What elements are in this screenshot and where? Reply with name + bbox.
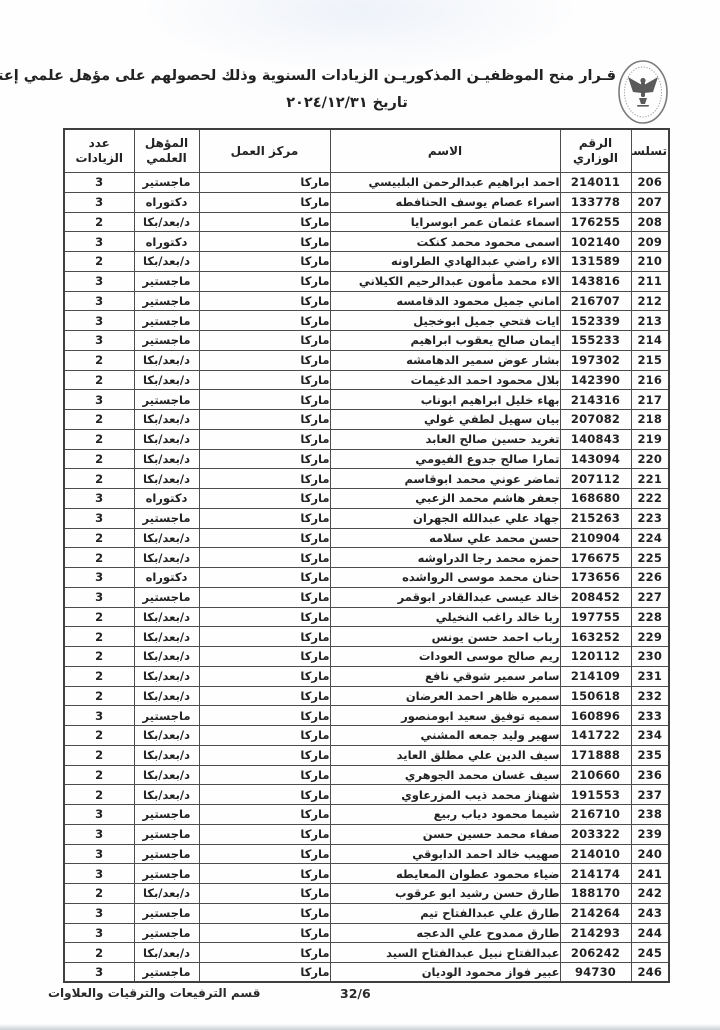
cell-qualification: د/بعد/بكا bbox=[134, 726, 199, 746]
cell-work-center: ماركا bbox=[199, 489, 330, 509]
cell-ministry-number: 216710 bbox=[560, 805, 631, 825]
cell-ministry-number: 214010 bbox=[560, 844, 631, 864]
cell-serial: 207 bbox=[631, 192, 669, 212]
cell-serial: 208 bbox=[631, 212, 669, 232]
cell-ministry-number: 131589 bbox=[560, 252, 631, 272]
cell-work-center: ماركا bbox=[199, 864, 330, 884]
cell-qualification: ماجستير bbox=[134, 844, 199, 864]
cell-serial: 246 bbox=[631, 963, 669, 983]
cell-name: الاء راضي عبدالهادي الطراونه bbox=[330, 252, 560, 272]
cell-increments: 2 bbox=[64, 212, 134, 232]
cell-work-center: ماركا bbox=[199, 785, 330, 805]
table-row: 232 150618 سميره ظاهر احمد العرضان ماركا… bbox=[64, 686, 669, 706]
cell-name: ايات فتحي جميل ابوخجيل bbox=[330, 311, 560, 331]
eagle-seal-icon bbox=[616, 58, 670, 126]
cell-qualification: د/بعد/بكا bbox=[134, 410, 199, 430]
cell-qualification: ماجستير bbox=[134, 706, 199, 726]
footer-department: قسم الترفيعات والترقيات والعلاوات bbox=[48, 986, 260, 1000]
cell-serial: 222 bbox=[631, 489, 669, 509]
cell-name: اسراء عصام يوسف الحنافطه bbox=[330, 192, 560, 212]
cell-name: تمارا صالح جدوع الفيومي bbox=[330, 449, 560, 469]
cell-qualification: دكتوراه bbox=[134, 232, 199, 252]
cell-increments: 2 bbox=[64, 410, 134, 430]
cell-serial: 232 bbox=[631, 686, 669, 706]
cell-name: طارق حسن رشيد ابو عرقوب bbox=[330, 884, 560, 904]
cell-work-center: ماركا bbox=[199, 370, 330, 390]
cell-name: سيف الدين علي مطلق العايد bbox=[330, 745, 560, 765]
cell-qualification: ماجستير bbox=[134, 963, 199, 983]
cell-name: تماضر عوني محمد ابوقاسم bbox=[330, 469, 560, 489]
table-row: 216 142390 بلال محمود احمد الدغيمات مارك… bbox=[64, 370, 669, 390]
cell-qualification: د/بعد/بكا bbox=[134, 469, 199, 489]
cell-qualification: ماجستير bbox=[134, 271, 199, 291]
cell-serial: 226 bbox=[631, 568, 669, 588]
cell-increments: 2 bbox=[64, 350, 134, 370]
cell-ministry-number: 210660 bbox=[560, 765, 631, 785]
cell-work-center: ماركا bbox=[199, 449, 330, 469]
cell-work-center: ماركا bbox=[199, 607, 330, 627]
cell-serial: 216 bbox=[631, 370, 669, 390]
table-row: 219 140843 تغريد حسين صالح العابد ماركا … bbox=[64, 429, 669, 449]
cell-name: بشار عوض سمير الدهامشه bbox=[330, 350, 560, 370]
cell-increments: 2 bbox=[64, 528, 134, 548]
cell-ministry-number: 214316 bbox=[560, 390, 631, 410]
cell-qualification: ماجستير bbox=[134, 587, 199, 607]
cell-increments: 2 bbox=[64, 647, 134, 667]
table-row: 238 216710 شيما محمود دياب ربيع ماركا ما… bbox=[64, 805, 669, 825]
cell-increments: 3 bbox=[64, 903, 134, 923]
cell-increments: 2 bbox=[64, 252, 134, 272]
cell-increments: 3 bbox=[64, 331, 134, 351]
cell-serial: 235 bbox=[631, 745, 669, 765]
cell-work-center: ماركا bbox=[199, 548, 330, 568]
cell-ministry-number: 160896 bbox=[560, 706, 631, 726]
cell-work-center: ماركا bbox=[199, 331, 330, 351]
table-row: 210 131589 الاء راضي عبدالهادي الطراونه … bbox=[64, 252, 669, 272]
cell-work-center: ماركا bbox=[199, 271, 330, 291]
cell-work-center: ماركا bbox=[199, 844, 330, 864]
cell-work-center: ماركا bbox=[199, 192, 330, 212]
cell-qualification: ماجستير bbox=[134, 311, 199, 331]
cell-ministry-number: 150618 bbox=[560, 686, 631, 706]
cell-serial: 219 bbox=[631, 429, 669, 449]
cell-name: شهناز محمد ذيب المزرعاوي bbox=[330, 785, 560, 805]
cell-work-center: ماركا bbox=[199, 647, 330, 667]
cell-increments: 3 bbox=[64, 192, 134, 212]
cell-qualification: د/بعد/بكا bbox=[134, 785, 199, 805]
header-qualification: المؤهل العلمي bbox=[134, 129, 199, 173]
cell-ministry-number: 197755 bbox=[560, 607, 631, 627]
table-row: 230 120112 ريم صالح موسى العودات ماركا د… bbox=[64, 647, 669, 667]
table-row: 242 188170 طارق حسن رشيد ابو عرقوب ماركا… bbox=[64, 884, 669, 904]
cell-increments: 2 bbox=[64, 785, 134, 805]
table-header: تسلسل الرقم الوزاري الاسم مركز العمل الم… bbox=[64, 129, 669, 173]
cell-increments: 2 bbox=[64, 686, 134, 706]
cell-name: اسمى محمود محمد كنكت bbox=[330, 232, 560, 252]
scan-edge-shadow bbox=[0, 1024, 720, 1030]
cell-ministry-number: 143816 bbox=[560, 271, 631, 291]
cell-increments: 3 bbox=[64, 587, 134, 607]
cell-qualification: ماجستير bbox=[134, 173, 199, 193]
cell-name: سميره ظاهر احمد العرضان bbox=[330, 686, 560, 706]
cell-serial: 227 bbox=[631, 587, 669, 607]
cell-qualification: ماجستير bbox=[134, 903, 199, 923]
cell-ministry-number: 214011 bbox=[560, 173, 631, 193]
cell-qualification: ماجستير bbox=[134, 390, 199, 410]
cell-ministry-number: 208452 bbox=[560, 587, 631, 607]
cell-serial: 242 bbox=[631, 884, 669, 904]
cell-increments: 3 bbox=[64, 923, 134, 943]
cell-ministry-number: 94730 bbox=[560, 963, 631, 983]
cell-ministry-number: 214264 bbox=[560, 903, 631, 923]
cell-ministry-number: 140843 bbox=[560, 429, 631, 449]
cell-ministry-number: 210904 bbox=[560, 528, 631, 548]
cell-increments: 3 bbox=[64, 805, 134, 825]
cell-ministry-number: 176675 bbox=[560, 548, 631, 568]
cell-serial: 215 bbox=[631, 350, 669, 370]
cell-name: ايمان صالح يعقوب ابراهيم bbox=[330, 331, 560, 351]
cell-increments: 3 bbox=[64, 824, 134, 844]
table-row: 237 191553 شهناز محمد ذيب المزرعاوي مارك… bbox=[64, 785, 669, 805]
cell-work-center: ماركا bbox=[199, 943, 330, 963]
cell-ministry-number: 120112 bbox=[560, 647, 631, 667]
cell-work-center: ماركا bbox=[199, 469, 330, 489]
cell-work-center: ماركا bbox=[199, 587, 330, 607]
cell-qualification: د/بعد/بكا bbox=[134, 686, 199, 706]
cell-ministry-number: 214109 bbox=[560, 666, 631, 686]
table-row: 209 102140 اسمى محمود محمد كنكت ماركا دك… bbox=[64, 232, 669, 252]
cell-serial: 213 bbox=[631, 311, 669, 331]
cell-ministry-number: 141722 bbox=[560, 726, 631, 746]
cell-qualification: ماجستير bbox=[134, 508, 199, 528]
cell-work-center: ماركا bbox=[199, 390, 330, 410]
cell-ministry-number: 203322 bbox=[560, 824, 631, 844]
cell-work-center: ماركا bbox=[199, 568, 330, 588]
cell-serial: 233 bbox=[631, 706, 669, 726]
cell-ministry-number: 214293 bbox=[560, 923, 631, 943]
cell-ministry-number: 215263 bbox=[560, 508, 631, 528]
cell-name: احمد ابراهيم عبدالرحمن البلبيسي bbox=[330, 173, 560, 193]
table-row: 234 141722 سهير وليد جمعه المشني ماركا د… bbox=[64, 726, 669, 746]
cell-increments: 3 bbox=[64, 844, 134, 864]
cell-name: جعفر هاشم محمد الزعبي bbox=[330, 489, 560, 509]
cell-qualification: د/بعد/بكا bbox=[134, 943, 199, 963]
cell-qualification: د/بعد/بكا bbox=[134, 607, 199, 627]
cell-serial: 244 bbox=[631, 923, 669, 943]
table-row: 221 207112 تماضر عوني محمد ابوقاسم ماركا… bbox=[64, 469, 669, 489]
cell-work-center: ماركا bbox=[199, 765, 330, 785]
ministry-seal-logo bbox=[616, 58, 670, 126]
cell-qualification: د/بعد/بكا bbox=[134, 370, 199, 390]
cell-increments: 2 bbox=[64, 666, 134, 686]
cell-name: شيما محمود دياب ربيع bbox=[330, 805, 560, 825]
cell-qualification: دكتوراه bbox=[134, 489, 199, 509]
cell-serial: 217 bbox=[631, 390, 669, 410]
cell-serial: 234 bbox=[631, 726, 669, 746]
table-row: 246 94730 عبير فواز محمود الوديان ماركا … bbox=[64, 963, 669, 983]
cell-serial: 224 bbox=[631, 528, 669, 548]
cell-work-center: ماركا bbox=[199, 745, 330, 765]
cell-qualification: دكتوراه bbox=[134, 192, 199, 212]
cell-qualification: د/بعد/بكا bbox=[134, 449, 199, 469]
cell-work-center: ماركا bbox=[199, 410, 330, 430]
header-name: الاسم bbox=[330, 129, 560, 173]
cell-serial: 221 bbox=[631, 469, 669, 489]
cell-name: خالد عيسى عبدالقادر ابوقمر bbox=[330, 587, 560, 607]
cell-qualification: ماجستير bbox=[134, 331, 199, 351]
cell-name: صفاء محمد حسين حسن bbox=[330, 824, 560, 844]
cell-qualification: د/بعد/بكا bbox=[134, 765, 199, 785]
cell-ministry-number: 207112 bbox=[560, 469, 631, 489]
cell-ministry-number: 216707 bbox=[560, 291, 631, 311]
cell-work-center: ماركا bbox=[199, 252, 330, 272]
cell-increments: 3 bbox=[64, 311, 134, 331]
cell-name: صهيب خالد احمد الدابوقي bbox=[330, 844, 560, 864]
cell-work-center: ماركا bbox=[199, 884, 330, 904]
cell-serial: 211 bbox=[631, 271, 669, 291]
header-work-center: مركز العمل bbox=[199, 129, 330, 173]
cell-qualification: د/بعد/بكا bbox=[134, 884, 199, 904]
table-row: 206 214011 احمد ابراهيم عبدالرحمن البلبي… bbox=[64, 173, 669, 193]
table-row: 208 176255 اسماء عثمان عمر ابوسرايا مارك… bbox=[64, 212, 669, 232]
header-increments: عدد الزيادات bbox=[64, 129, 134, 173]
cell-serial: 214 bbox=[631, 331, 669, 351]
cell-qualification: ماجستير bbox=[134, 824, 199, 844]
table-row: 223 215263 جهاد علي عبدالله الجهران مارك… bbox=[64, 508, 669, 528]
cell-name: بيان سهيل لطفي غولي bbox=[330, 410, 560, 430]
cell-work-center: ماركا bbox=[199, 824, 330, 844]
cell-name: تغريد حسين صالح العابد bbox=[330, 429, 560, 449]
cell-name: عبدالفتاح نبيل عبدالفتاح السيد bbox=[330, 943, 560, 963]
table-row: 231 214109 سامر سمير شوقي نافع ماركا د/ب… bbox=[64, 666, 669, 686]
cell-ministry-number: 173656 bbox=[560, 568, 631, 588]
table-row: 243 214264 طارق علي عبدالفتاح تيم ماركا … bbox=[64, 903, 669, 923]
cell-name: الاء محمد مأمون عبدالرحيم الكيلاني bbox=[330, 271, 560, 291]
cell-name: بلال محمود احمد الدغيمات bbox=[330, 370, 560, 390]
cell-increments: 2 bbox=[64, 370, 134, 390]
cell-increments: 3 bbox=[64, 232, 134, 252]
cell-name: حسن محمد علي سلامه bbox=[330, 528, 560, 548]
cell-qualification: د/بعد/بكا bbox=[134, 429, 199, 449]
cell-name: طارق علي عبدالفتاح تيم bbox=[330, 903, 560, 923]
cell-increments: 2 bbox=[64, 469, 134, 489]
table-row: 224 210904 حسن محمد علي سلامه ماركا د/بع… bbox=[64, 528, 669, 548]
title-line-2: تاريخ ٢٠٢٤/١٢/٣١ bbox=[78, 90, 616, 117]
cell-increments: 2 bbox=[64, 726, 134, 746]
table-row: 226 173656 حنان محمد موسى الرواشده ماركا… bbox=[64, 568, 669, 588]
cell-increments: 2 bbox=[64, 745, 134, 765]
table-row: 244 214293 طارق ممدوح علي الدعجه ماركا م… bbox=[64, 923, 669, 943]
cell-work-center: ماركا bbox=[199, 963, 330, 983]
cell-ministry-number: 191553 bbox=[560, 785, 631, 805]
cell-work-center: ماركا bbox=[199, 627, 330, 647]
cell-increments: 3 bbox=[64, 864, 134, 884]
cell-increments: 3 bbox=[64, 291, 134, 311]
table-row: 225 176675 حمزه محمد رجا الدراوشه ماركا … bbox=[64, 548, 669, 568]
cell-ministry-number: 143094 bbox=[560, 449, 631, 469]
cell-qualification: د/بعد/بكا bbox=[134, 627, 199, 647]
cell-serial: 206 bbox=[631, 173, 669, 193]
cell-ministry-number: 171888 bbox=[560, 745, 631, 765]
cell-increments: 3 bbox=[64, 173, 134, 193]
cell-ministry-number: 168680 bbox=[560, 489, 631, 509]
cell-ministry-number: 206242 bbox=[560, 943, 631, 963]
cell-name: طارق ممدوح علي الدعجه bbox=[330, 923, 560, 943]
cell-name: ربا خالد راغب النخيلي bbox=[330, 607, 560, 627]
cell-increments: 3 bbox=[64, 508, 134, 528]
cell-increments: 2 bbox=[64, 607, 134, 627]
cell-ministry-number: 188170 bbox=[560, 884, 631, 904]
cell-work-center: ماركا bbox=[199, 666, 330, 686]
cell-work-center: ماركا bbox=[199, 173, 330, 193]
cell-work-center: ماركا bbox=[199, 903, 330, 923]
cell-qualification: ماجستير bbox=[134, 805, 199, 825]
cell-increments: 2 bbox=[64, 449, 134, 469]
cell-ministry-number: 197302 bbox=[560, 350, 631, 370]
table-row: 220 143094 تمارا صالح جدوع الفيومي ماركا… bbox=[64, 449, 669, 469]
cell-qualification: د/بعد/بكا bbox=[134, 252, 199, 272]
cell-name: حنان محمد موسى الرواشده bbox=[330, 568, 560, 588]
table-row: 222 168680 جعفر هاشم محمد الزعبي ماركا د… bbox=[64, 489, 669, 509]
table-row: 235 171888 سيف الدين علي مطلق العايد مار… bbox=[64, 745, 669, 765]
cell-name: جهاد علي عبدالله الجهران bbox=[330, 508, 560, 528]
cell-serial: 230 bbox=[631, 647, 669, 667]
table-row: 215 197302 بشار عوض سمير الدهامشه ماركا … bbox=[64, 350, 669, 370]
cell-ministry-number: 176255 bbox=[560, 212, 631, 232]
cell-serial: 229 bbox=[631, 627, 669, 647]
table-row: 240 214010 صهيب خالد احمد الدابوقي ماركا… bbox=[64, 844, 669, 864]
cell-serial: 223 bbox=[631, 508, 669, 528]
table-row: 207 133778 اسراء عصام يوسف الحنافطه مارك… bbox=[64, 192, 669, 212]
table-row: 239 203322 صفاء محمد حسين حسن ماركا ماجس… bbox=[64, 824, 669, 844]
cell-serial: 209 bbox=[631, 232, 669, 252]
cell-increments: 2 bbox=[64, 943, 134, 963]
cell-qualification: د/بعد/بكا bbox=[134, 745, 199, 765]
cell-increments: 2 bbox=[64, 429, 134, 449]
cell-name: بهاء خليل ابراهيم ابوناب bbox=[330, 390, 560, 410]
title-line-1: قـرار منح الموظفيـن المذكوريـن الزيادات … bbox=[78, 63, 616, 90]
cell-work-center: ماركا bbox=[199, 232, 330, 252]
table-row: 245 206242 عبدالفتاح نبيل عبدالفتاح السي… bbox=[64, 943, 669, 963]
cell-work-center: ماركا bbox=[199, 311, 330, 331]
cell-serial: 243 bbox=[631, 903, 669, 923]
table-row: 228 197755 ربا خالد راغب النخيلي ماركا د… bbox=[64, 607, 669, 627]
cell-serial: 241 bbox=[631, 864, 669, 884]
cell-work-center: ماركا bbox=[199, 291, 330, 311]
cell-ministry-number: 133778 bbox=[560, 192, 631, 212]
footer-page-number: 32/6 bbox=[340, 986, 371, 1001]
cell-serial: 225 bbox=[631, 548, 669, 568]
cell-work-center: ماركا bbox=[199, 923, 330, 943]
cell-work-center: ماركا bbox=[199, 429, 330, 449]
table-row: 218 207082 بيان سهيل لطفي غولي ماركا د/ب… bbox=[64, 410, 669, 430]
cell-name: سامر سمير شوقي نافع bbox=[330, 666, 560, 686]
table-row: 227 208452 خالد عيسى عبدالقادر ابوقمر ما… bbox=[64, 587, 669, 607]
cell-work-center: ماركا bbox=[199, 686, 330, 706]
cell-serial: 239 bbox=[631, 824, 669, 844]
cell-serial: 231 bbox=[631, 666, 669, 686]
cell-qualification: د/بعد/بكا bbox=[134, 548, 199, 568]
cell-increments: 3 bbox=[64, 271, 134, 291]
cell-qualification: د/بعد/بكا bbox=[134, 212, 199, 232]
table-row: 229 163252 رباب احمد حسن يونس ماركا د/بع… bbox=[64, 627, 669, 647]
cell-work-center: ماركا bbox=[199, 350, 330, 370]
cell-qualification: د/بعد/بكا bbox=[134, 528, 199, 548]
table-row: 213 152339 ايات فتحي جميل ابوخجيل ماركا … bbox=[64, 311, 669, 331]
header-row: تسلسل الرقم الوزاري الاسم مركز العمل الم… bbox=[64, 129, 669, 173]
header-ministry-number: الرقم الوزاري bbox=[560, 129, 631, 173]
cell-serial: 245 bbox=[631, 943, 669, 963]
cell-ministry-number: 163252 bbox=[560, 627, 631, 647]
cell-name: اسماء عثمان عمر ابوسرايا bbox=[330, 212, 560, 232]
cell-increments: 2 bbox=[64, 884, 134, 904]
cell-name: سهير وليد جمعه المشني bbox=[330, 726, 560, 746]
cell-qualification: ماجستير bbox=[134, 291, 199, 311]
table-row: 236 210660 سيف غسان محمد الجوهري ماركا د… bbox=[64, 765, 669, 785]
table-row: 233 160896 سميه توفيق سعيد ابومنصور مارك… bbox=[64, 706, 669, 726]
cell-serial: 236 bbox=[631, 765, 669, 785]
cell-increments: 3 bbox=[64, 706, 134, 726]
cell-qualification: دكتوراه bbox=[134, 568, 199, 588]
header-serial: تسلسل bbox=[631, 129, 669, 173]
cell-name: حمزه محمد رجا الدراوشه bbox=[330, 548, 560, 568]
cell-name: سميه توفيق سعيد ابومنصور bbox=[330, 706, 560, 726]
cell-name: رباب احمد حسن يونس bbox=[330, 627, 560, 647]
cell-ministry-number: 102140 bbox=[560, 232, 631, 252]
cell-ministry-number: 152339 bbox=[560, 311, 631, 331]
cell-name: ضياء محمود عطوان المعايطه bbox=[330, 864, 560, 884]
cell-qualification: ماجستير bbox=[134, 864, 199, 884]
cell-increments: 2 bbox=[64, 765, 134, 785]
cell-increments: 2 bbox=[64, 548, 134, 568]
cell-qualification: د/بعد/بكا bbox=[134, 350, 199, 370]
cell-ministry-number: 207082 bbox=[560, 410, 631, 430]
table-row: 241 214174 ضياء محمود عطوان المعايطه مار… bbox=[64, 864, 669, 884]
cell-increments: 3 bbox=[64, 390, 134, 410]
cell-work-center: ماركا bbox=[199, 706, 330, 726]
cell-serial: 240 bbox=[631, 844, 669, 864]
table-body: 206 214011 احمد ابراهيم عبدالرحمن البلبي… bbox=[64, 173, 669, 983]
cell-increments: 2 bbox=[64, 627, 134, 647]
cell-serial: 218 bbox=[631, 410, 669, 430]
cell-serial: 220 bbox=[631, 449, 669, 469]
cell-increments: 3 bbox=[64, 489, 134, 509]
cell-serial: 228 bbox=[631, 607, 669, 627]
cell-qualification: ماجستير bbox=[134, 923, 199, 943]
employees-increments-table: تسلسل الرقم الوزاري الاسم مركز العمل الم… bbox=[63, 128, 670, 983]
table-row: 217 214316 بهاء خليل ابراهيم ابوناب مارك… bbox=[64, 390, 669, 410]
cell-work-center: ماركا bbox=[199, 726, 330, 746]
document-title: قـرار منح الموظفيـن المذكوريـن الزيادات … bbox=[78, 63, 616, 117]
cell-serial: 238 bbox=[631, 805, 669, 825]
cell-work-center: ماركا bbox=[199, 528, 330, 548]
table-row: 214 155233 ايمان صالح يعقوب ابراهيم مارك… bbox=[64, 331, 669, 351]
cell-increments: 3 bbox=[64, 963, 134, 983]
cell-work-center: ماركا bbox=[199, 212, 330, 232]
cell-work-center: ماركا bbox=[199, 508, 330, 528]
table-row: 211 143816 الاء محمد مأمون عبدالرحيم الك… bbox=[64, 271, 669, 291]
cell-increments: 3 bbox=[64, 568, 134, 588]
cell-ministry-number: 142390 bbox=[560, 370, 631, 390]
cell-qualification: د/بعد/بكا bbox=[134, 647, 199, 667]
cell-serial: 212 bbox=[631, 291, 669, 311]
cell-name: سيف غسان محمد الجوهري bbox=[330, 765, 560, 785]
cell-name: اماني جميل محمود الدقامسه bbox=[330, 291, 560, 311]
table-row: 212 216707 اماني جميل محمود الدقامسه مار… bbox=[64, 291, 669, 311]
cell-serial: 210 bbox=[631, 252, 669, 272]
cell-work-center: ماركا bbox=[199, 805, 330, 825]
cell-name: عبير فواز محمود الوديان bbox=[330, 963, 560, 983]
